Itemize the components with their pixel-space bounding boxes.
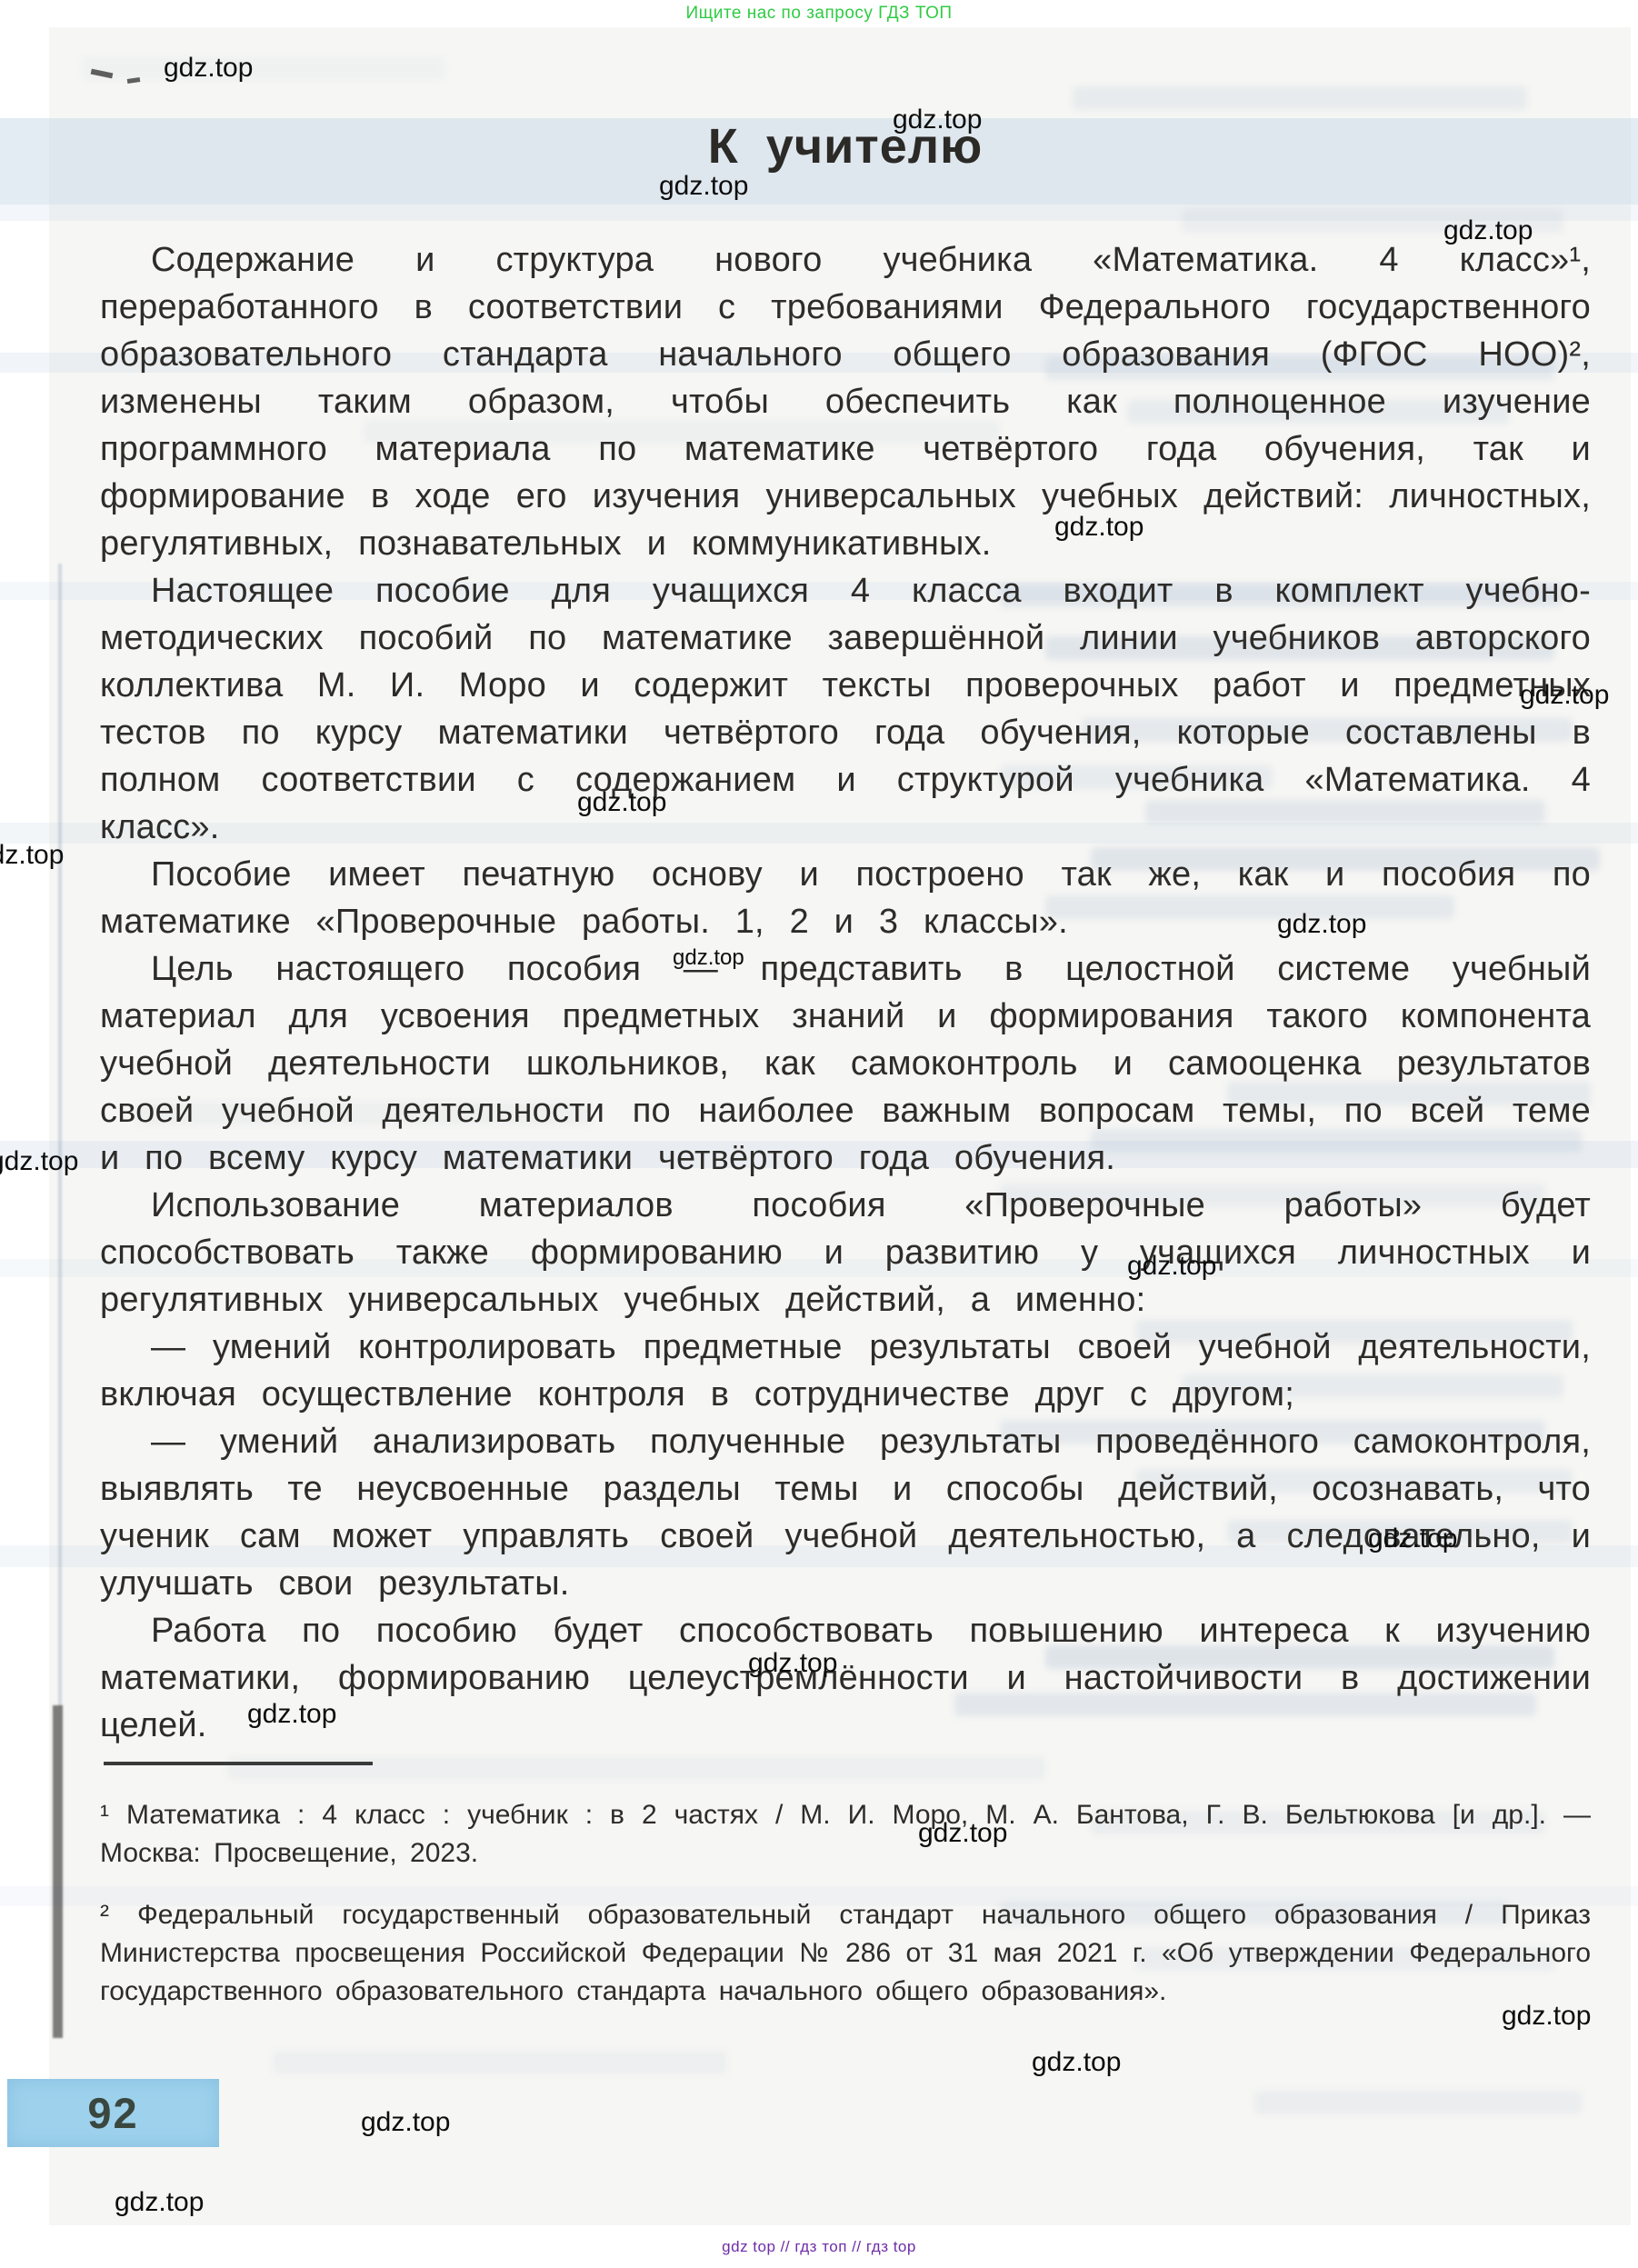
- gdz-watermark: gdz.top: [361, 2107, 450, 2138]
- paragraph-1: Содержание и структура нового учебника «…: [100, 236, 1591, 567]
- gdz-watermark: gdz.top: [659, 171, 748, 202]
- footnote-separator: [104, 1762, 373, 1765]
- footnote-1: ¹ Математика : 4 класс : учебник : в 2 ч…: [100, 1796, 1591, 1873]
- paragraph-4: Цель настоящего пособия — представить в …: [100, 945, 1591, 1182]
- gdz-watermark: gdz.top: [1127, 1251, 1216, 1282]
- gdz-watermark: gdz.top: [1032, 2047, 1121, 2078]
- gdz-watermark: gdz.top: [0, 1146, 78, 1177]
- gdz-watermark: gdz.top: [247, 1699, 336, 1730]
- paragraph-5: Использование материалов пособия «Провер…: [100, 1182, 1591, 1324]
- spine-shadow-dark: [53, 1705, 63, 2038]
- bullet-paragraph-1: — умений контролировать предметные резул…: [100, 1324, 1591, 1418]
- gdz-watermark: gdz.top: [918, 1818, 1007, 1849]
- gdz-watermark: gdz.top: [893, 105, 982, 135]
- text-column: Содержание и структура нового учебника «…: [100, 236, 1591, 2011]
- page-title: К учителю: [100, 118, 1591, 175]
- footer-watermark: gdz top // гдз топ // гдз top: [0, 2238, 1638, 2256]
- gdz-watermark: gdz.top: [1502, 2001, 1591, 2032]
- gdz-watermark: gdz.top: [164, 53, 253, 84]
- gdz-watermark: gdz.top: [673, 945, 744, 971]
- screenshot-root: { "document": { "title": "К учителю", "p…: [0, 0, 1638, 2268]
- gdz-watermark: gdz.top: [1443, 215, 1533, 246]
- gdz-watermark: gdz.top: [1520, 680, 1609, 711]
- gdz-watermark: gdz.top: [748, 1648, 837, 1679]
- gdz-watermark: gdz.top: [1277, 909, 1366, 940]
- gdz-watermark: gdz.top: [0, 840, 64, 871]
- footnote-2: ² Федеральный государственный образовате…: [100, 1896, 1591, 2011]
- page-number-badge: 92: [7, 2079, 219, 2147]
- paragraph-3: Пособие имеет печатную основу и построен…: [100, 851, 1591, 945]
- gdz-watermark: gdz.top: [115, 2187, 204, 2218]
- header-watermark: Ищите нас по запросу ГДЗ ТОП: [0, 4, 1638, 24]
- page-number: 92: [87, 2088, 138, 2138]
- spine-shadow-faint: [58, 564, 62, 1707]
- bullet-paragraph-2: — умений анализировать полученные резуль…: [100, 1418, 1591, 1607]
- gdz-watermark: gdz.top: [1054, 512, 1144, 543]
- gdz-watermark: gdz.top: [1368, 1524, 1457, 1554]
- gdz-watermark: gdz.top: [577, 787, 666, 818]
- paragraph-2: Настоящее пособие для учащихся 4 класса …: [100, 567, 1591, 851]
